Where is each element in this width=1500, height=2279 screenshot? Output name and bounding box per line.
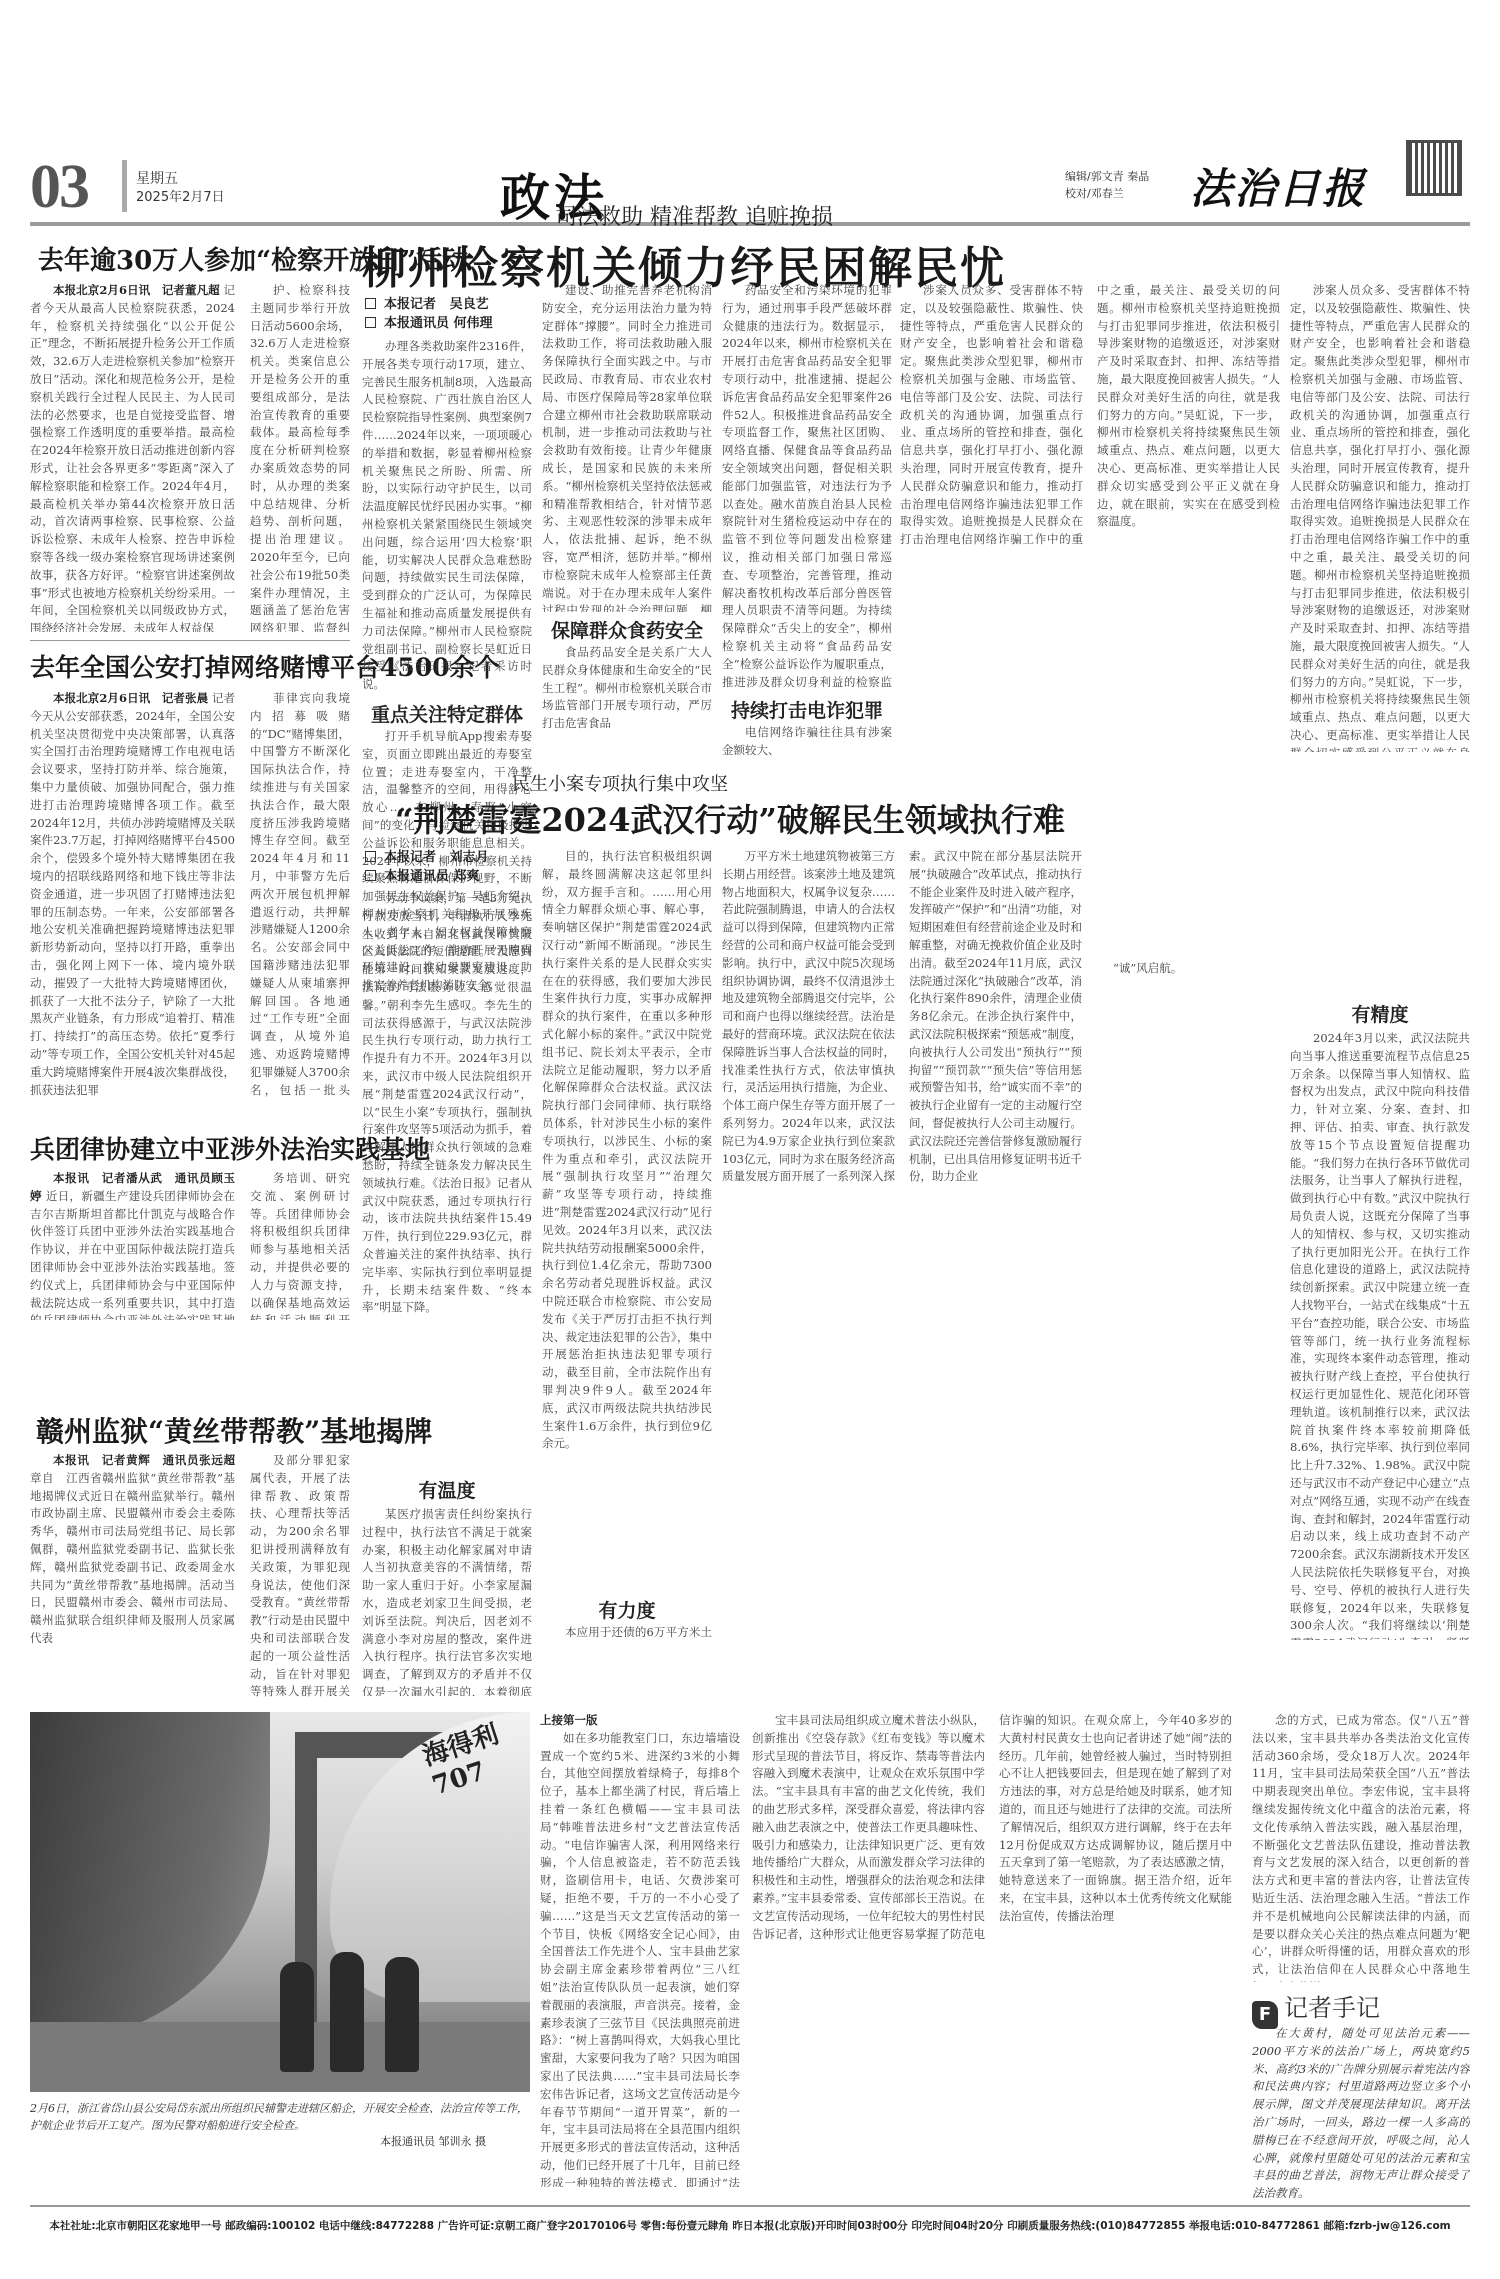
feature-kicker: 司法救助 精准帮教 追赃挽损 bbox=[555, 200, 833, 231]
editors-credit: 编辑/郭文青 秦晶 校对/邓春兰 bbox=[1065, 168, 1149, 202]
feature-subhead-3: 持续打击电诈犯罪 bbox=[722, 696, 892, 723]
issue-date: 2025年2月7日 bbox=[136, 186, 225, 205]
police-officer-figure bbox=[280, 1962, 314, 2072]
newspaper-page: 03 星期五 2025年2月7日 政法 编辑/郭文青 秦晶 校对/邓春兰 法治日… bbox=[0, 0, 1500, 2279]
feature-reporters: 本报记者 吴良艺 本报通讯员 何伟理 bbox=[365, 295, 493, 333]
ship-hull-left bbox=[30, 1712, 270, 2042]
article1-column-2: 护、检察科技主题同步举行开放日活动5600余场，32.6万人走进检察机关。类案信… bbox=[250, 282, 350, 632]
box-icon bbox=[365, 298, 376, 309]
wuhan-subhead-1: 有温度 bbox=[362, 1476, 532, 1503]
wuhan-headline: “荆楚雷霆2024武汉行动”破解民生领域执行难 bbox=[395, 795, 1065, 841]
feature-column-3c: 涉案人员众多、受害群体不特定，以及较强隐蔽性、欺骗性、快捷性等特点，严重危害人民… bbox=[900, 282, 1280, 752]
article4-column-1: 本报讯 记者黄辉 通讯员张远超 章自 江西省赣州监狱“黄丝带帮教”基地揭牌仪式近… bbox=[30, 1452, 235, 1702]
continued-column-3: 念的方式，已成为常态。仅“八五”普法以来，宝丰县共举办各类法治文化宣传活动360… bbox=[1252, 1712, 1470, 1982]
continued-label: 上接第一版 bbox=[540, 1712, 740, 1730]
feature-column-3b: 电信网络诈骗往往具有涉案金额较大、 bbox=[722, 724, 892, 764]
wuhan-subhead-3: 有精度 bbox=[1290, 1000, 1470, 1027]
police-officer-figure bbox=[330, 1952, 364, 2072]
footer-rule bbox=[30, 2205, 1470, 2207]
article2-column-1: 本报北京2月6日讯 记者张晨 记者今天从公安部获悉，2024年，全国公安机关坚决… bbox=[30, 690, 235, 1100]
continued-column-2: 宝丰县司法局组织成立魔术普法小纵队，创新推出《空袋存款》《红布变钱》等以魔术形式… bbox=[752, 1712, 1232, 2187]
article3-column-2: 务培训、研究交流、案例研讨等。兵团律师协会将积极组织兵团律师参与基地相关活动，并… bbox=[250, 1170, 350, 1320]
wuhan-column-4: “诚”风启航。 bbox=[1090, 960, 1270, 980]
wuhan-column-2: 目的，执行法官积极组织调解，最终圆满解决这起邻里纠纷，双方握手言和。……用心用情… bbox=[542, 848, 712, 1588]
wuhan-subhead-2: 有力度 bbox=[542, 1596, 712, 1623]
feature-column-1: 办理各类救助案件2316件，开展各类专项行动17项，建立、完善民生服务机制8项，… bbox=[362, 338, 532, 698]
feature-subhead-2: 保障群众食药安全 bbox=[542, 616, 712, 643]
wuhan-column-3: 万平方米土地建筑物被第三方长期占用经营。该案涉土地及建筑物占地面积大，权属争议复… bbox=[722, 848, 1082, 1638]
divider bbox=[30, 640, 350, 641]
footer-info: 本社社址:北京市朝阳区花家地甲一号 邮政编码:100102 电话中继线:8477… bbox=[30, 2218, 1470, 2233]
article3-column-1: 本报讯 记者潘从武 通讯员顾玉婷 近日，新疆生产建设兵团律师协会在吉尔吉斯斯坦首… bbox=[30, 1170, 235, 1320]
box-icon bbox=[365, 851, 376, 862]
news-photo-ship-inspection: 海得利707 bbox=[30, 1712, 530, 2092]
weekday: 星期五 bbox=[136, 168, 178, 188]
wuhan-column-1b: 某医疗损害责任纠纷案执行过程中，执行法官不满足于就案办案，积极主动化解家属对申请… bbox=[362, 1506, 532, 1696]
reporters-notes-body: 在大黄村，随处可见法治元素——2000平方米的法治广场上，两块宽约5米、高约3米… bbox=[1252, 2025, 1470, 2205]
photo-caption: 2月6日，浙江省岱山县公安局岱东派出所组织民辅警走进辖区船企，开展安全检查、法治… bbox=[30, 2100, 530, 2134]
box-icon bbox=[365, 317, 376, 328]
wuhan-column-2b: 本应用于还债的6万平方米土地及近3 bbox=[542, 1624, 712, 1644]
qr-code-icon bbox=[1406, 140, 1462, 196]
editors: 编辑/郭文青 秦晶 bbox=[1065, 168, 1149, 185]
wuhan-kicker: 民生小案专项执行集中攻坚 bbox=[512, 770, 728, 796]
article4-column-2: 及部分罪犯家属代表，开展了法律帮教、政策帮扶、心理帮扶等活动，为200余名罪犯讲… bbox=[250, 1452, 350, 1702]
feature-column-3: 药品安全和污染环境的犯罪行为，通过刑事手段严惩破坏群众健康的违法行为。数据显示，… bbox=[722, 282, 892, 692]
feature-column-4: 涉案人员众多、受害群体不特定，以及较强隐蔽性、欺骗性、快捷性等特点，严重危害人民… bbox=[1290, 282, 1470, 752]
feature-subhead-1: 重点关注特定群体 bbox=[362, 700, 532, 727]
newspaper-logo: 法治日报 bbox=[1190, 156, 1366, 216]
page-number: 03 bbox=[30, 152, 88, 223]
article1-byline: 本报北京2月6日讯 记者董凡超 bbox=[53, 283, 220, 297]
feature-column-2: 建设、助推完善养老机构消防安全，充分运用法治力量为特定群体“撑腰”。同时全力推进… bbox=[542, 282, 712, 612]
continued-column-1: 上接第一版 如在多功能教室门口，东边墙墙设置成一个宽约5米、进深约3米的小舞台，… bbox=[540, 1712, 740, 2187]
police-officer-figure bbox=[385, 1957, 419, 2072]
article2-column-2: 菲律宾向我境内招募吸赌的“DC”赌博集团，中国警方不断深化国际执法合作，持续推进… bbox=[250, 690, 350, 1100]
article1-column-1: 本报北京2月6日讯 记者董凡超 记者今天从最高人民检察院获悉，2024年，检察机… bbox=[30, 282, 235, 632]
wuhan-column-4b: 2024年3月以来，武汉法院共向当事人推送重要流程节点信息25万余条。以保障当事… bbox=[1290, 1030, 1470, 1640]
photo-credit: 本报通讯员 邹训永 摄 bbox=[380, 2133, 486, 2149]
feature-column-2b: 食品药品安全是关系广大人民群众身体健康和生命安全的“民生工程”。柳州市检察机关联… bbox=[542, 644, 712, 734]
wuhan-column-1: 劳动争议案，第一笔3万元执行款发放当日，申请执行人李先生收到了来自湖北省武汉市黄… bbox=[362, 890, 532, 1430]
reporters-notes-heading: F记者手记 bbox=[1252, 1988, 1380, 2029]
proofreader: 校对/邓春兰 bbox=[1065, 185, 1149, 202]
page-number-divider bbox=[122, 160, 127, 212]
wuhan-reporters: 本报记者 刘志月 本报通讯员 郑爽 bbox=[365, 848, 489, 886]
box-icon bbox=[365, 870, 376, 881]
